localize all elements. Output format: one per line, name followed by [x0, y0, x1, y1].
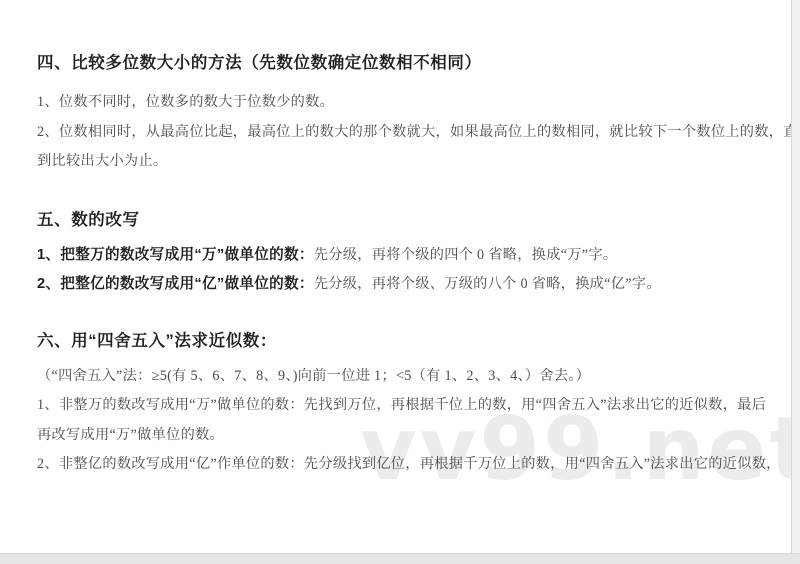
section-rounding: 六、用“四舍五入”法求近似数： （“四舍五入”法：≥5(有 5、6、7、8、9、… [37, 328, 765, 480]
text-line: 2、非整亿的数改写成用“亿”作单位的数：先分级找到亿位，再根据千万位上的数，用“… [37, 450, 765, 480]
line-text: 1、非整万的数改写成用“万”做单位的数：先找到万位，再根据千位上的数，用“四舍五… [37, 397, 766, 413]
line-text: 再改写成用“万”做单位的数。 [37, 427, 224, 443]
document-content: 四、比较多位数大小的方法（先数位数确定位数相不相同） 1、位数不同时，位数多的数… [37, 50, 765, 480]
page-gutter-bottom [0, 553, 800, 564]
line-text: 1、位数不同时，位数多的数大于位数少的数。 [37, 94, 334, 110]
line-lead: 2、把整亿的数改写成用“亿”做单位的数： [37, 276, 314, 292]
section-number-rewriting: 五、数的改写 1、把整万的数改写成用“万”做单位的数：先分级，再将个级的四个 0… [37, 207, 765, 300]
line-text: 2、非整亿的数改写成用“亿”作单位的数：先分级找到亿位，再根据千万位上的数，用“… [37, 456, 781, 472]
text-line: 2、把整亿的数改写成用“亿”做单位的数：先分级，再将个级、万级的八个 0 省略，… [37, 270, 765, 300]
text-line: 2、位数相同时，从最高位比起，最高位上的数大的那个数就大，如果最高位上的数相同，… [37, 118, 765, 148]
line-text: 先分级，再将个级的四个 0 省略，换成“万”字。 [314, 247, 618, 263]
document-page: vv99.net 四、比较多位数大小的方法（先数位数确定位数相不相同） 1、位数… [0, 0, 791, 553]
section-compare-numbers: 四、比较多位数大小的方法（先数位数确定位数相不相同） 1、位数不同时，位数多的数… [37, 50, 765, 177]
text-line: 再改写成用“万”做单位的数。 [37, 421, 765, 451]
line-text: 2、位数相同时，从最高位比起，最高位上的数大的那个数就大，如果最高位上的数相同，… [37, 124, 791, 140]
page-gutter-right [791, 0, 800, 553]
text-line: 到比较出大小为止。 [37, 147, 765, 177]
line-text: 先分级，再将个级、万级的八个 0 省略，换成“亿”字。 [314, 276, 661, 292]
text-line: 1、非整万的数改写成用“万”做单位的数：先找到万位，再根据千位上的数，用“四舍五… [37, 391, 765, 421]
line-text: （“四舍五入”法：≥5(有 5、6、7、8、9、)向前一位进 1；<5（有 1、… [37, 368, 590, 384]
text-line: （“四舍五入”法：≥5(有 5、6、7、8、9、)向前一位进 1；<5（有 1、… [37, 362, 765, 392]
text-line: 1、把整万的数改写成用“万”做单位的数：先分级，再将个级的四个 0 省略，换成“… [37, 241, 765, 271]
line-lead: 1、把整万的数改写成用“万”做单位的数： [37, 247, 314, 263]
text-line: 1、位数不同时，位数多的数大于位数少的数。 [37, 88, 765, 118]
section-heading: 四、比较多位数大小的方法（先数位数确定位数相不相同） [37, 50, 765, 76]
section-heading: 五、数的改写 [37, 207, 765, 233]
line-text: 到比较出大小为止。 [37, 153, 167, 169]
section-heading: 六、用“四舍五入”法求近似数： [37, 328, 765, 354]
